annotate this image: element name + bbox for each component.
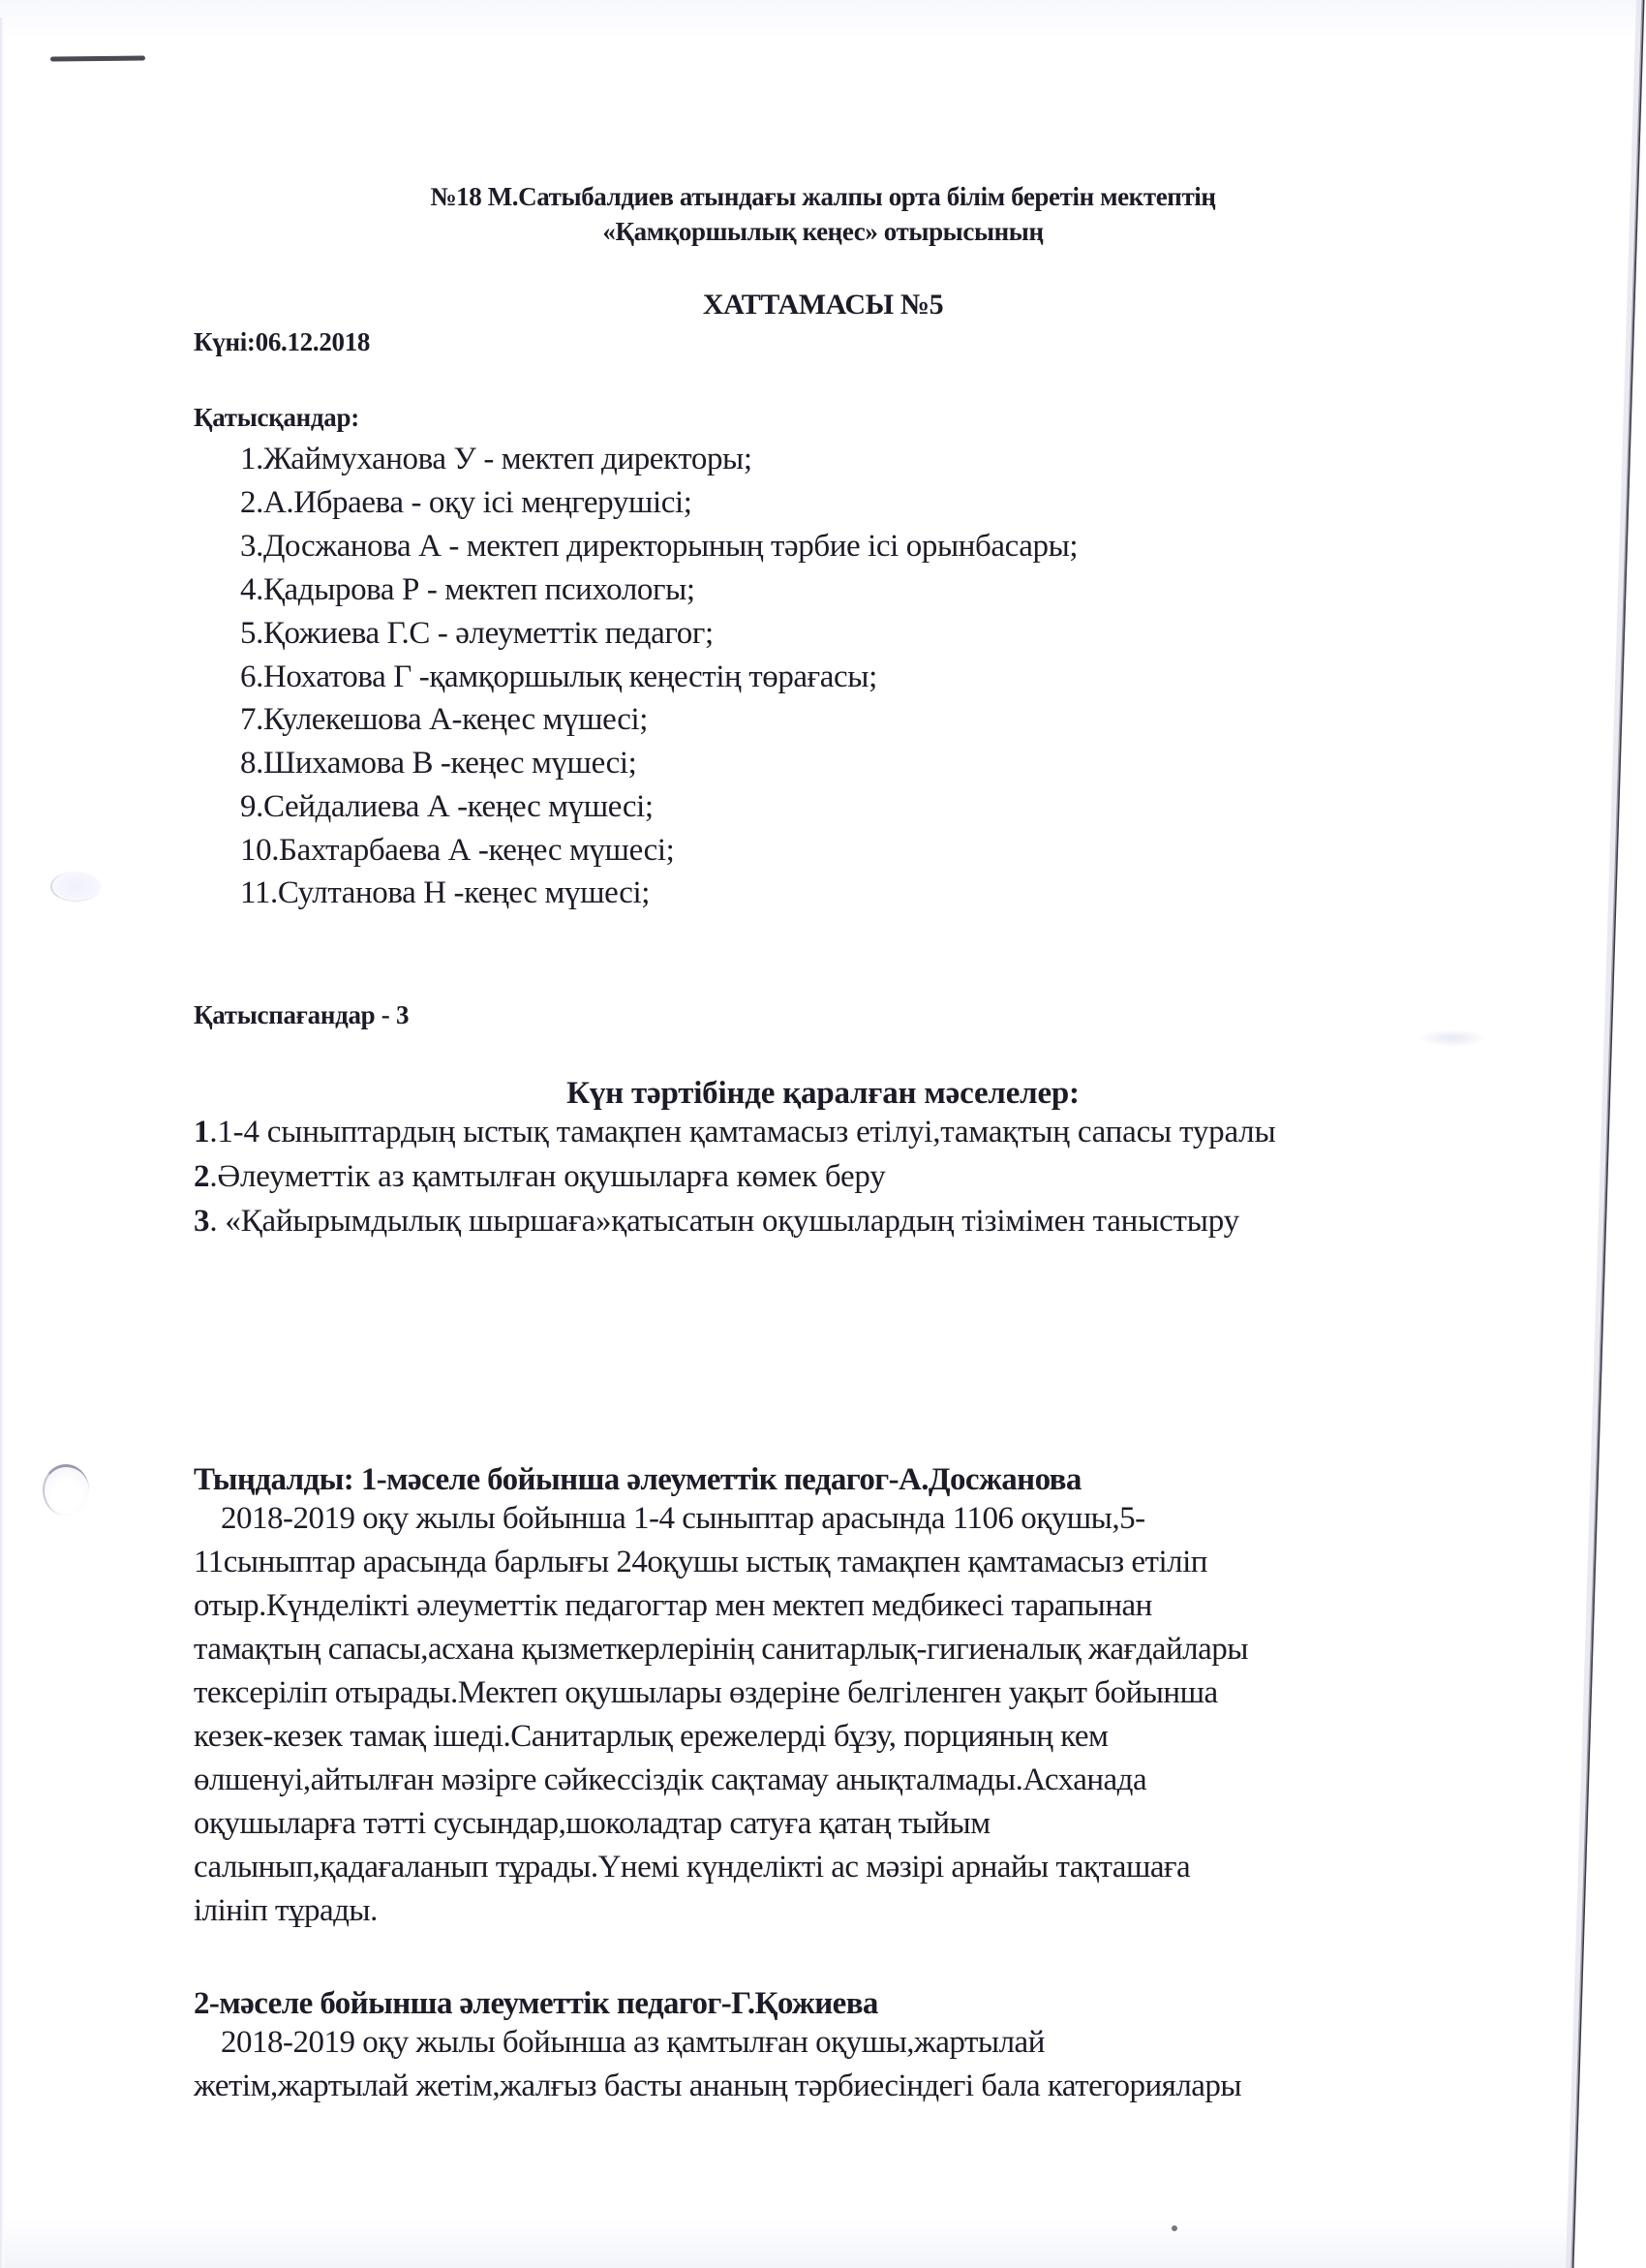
section-1-line: өлшенуі,айтылған мәзірге сәйкессіздік са… [194, 1764, 1146, 1796]
header-line-2: «Қамқоршылық кеңес» отырысының [0, 219, 1646, 245]
attendee-item: 11.Султанова Н -кеңес мүшесі; [240, 877, 650, 909]
absent-count: Қатыспағандар - 3 [194, 1002, 409, 1028]
agenda-title: Күн тәртібінде қаралған мәселелер: [0, 1078, 1646, 1110]
section-1-line: отыр.Күнделікті әлеуметтік педагогтар ме… [194, 1590, 1152, 1622]
attendee-item: 9.Сейдалиева А -кеңес мүшесі; [240, 791, 654, 823]
section-1-line: салынып,қадағаланып тұрады.Үнемі күнделі… [194, 1852, 1190, 1884]
agenda-item: 1.1-4 сыныптардың ыстық тамақпен қамтама… [194, 1117, 1275, 1149]
agenda-item-text: .1-4 сыныптардың ыстық тамақпен қамтамас… [209, 1115, 1275, 1149]
scan-dot [1172, 2225, 1177, 2231]
punch-hole-mark [50, 872, 101, 902]
section-1-line: оқушыларға тәтті сусындар,шоколадтар сат… [194, 1808, 991, 1840]
attendee-item: 1.Жаймуханова У - мектеп директоры; [240, 444, 752, 475]
page-left-edge [0, 17, 4, 2268]
attendee-item: 6.Нохатова Г -қамқоршылық кеңестің төрағ… [240, 661, 877, 693]
scanned-page: №18 М.Сатыбалдиев атындағы жалпы орта бі… [0, 0, 1646, 2268]
attendee-item: 4.Қадырова Р - мектеп психологы; [240, 574, 695, 606]
document-title: ХАТТАМАСЫ №5 [0, 291, 1646, 320]
attendee-item: 2.А.Ибраева - оқу ісі меңгерушісі; [240, 487, 692, 519]
section-1-line: кезек-кезек тамақ ішеді.Санитарлық ереже… [194, 1721, 1108, 1753]
scan-smudge [1418, 1029, 1486, 1047]
attendee-item: 5.Қожиева Г.С - әлеуметтік педагог; [240, 618, 714, 650]
section-2-heading: 2-мәселе бойынша әлеуметтік педагог-Г.Қо… [194, 1988, 878, 2020]
attendee-item: 10.Бахтарбаева А -кеңес мүшесі; [240, 835, 674, 867]
punch-hole-mark [43, 1464, 89, 1516]
section-2-line: 2018-2019 оқу жылы бойынша аз қамтылған … [221, 2027, 1045, 2059]
section-1-line: 11сыныптар арасында барлығы 24оқушы ысты… [194, 1547, 1207, 1578]
agenda-item-number: 3 [194, 1204, 209, 1239]
section-1-line: 2018-2019 оқу жылы бойынша 1-4 сыныптар … [221, 1503, 1145, 1535]
agenda-item-text: . «Қайырымдылық шыршаға»қатысатын оқушыл… [209, 1204, 1239, 1239]
section-1-heading: Тыңдалды: 1-мәселе бойынша әлеуметтік пе… [194, 1464, 1082, 1496]
pen-mark [50, 55, 145, 61]
agenda-item-number: 2 [194, 1159, 209, 1194]
attendee-item: 8.Шихамова В -кеңес мүшесі; [240, 748, 636, 780]
header-line-1: №18 М.Сатыбалдиев атындағы жалпы орта бі… [0, 184, 1646, 210]
section-1-line: тексеріліп отырады.Мектеп оқушылары өзде… [194, 1677, 1218, 1709]
agenda-item-number: 1 [194, 1115, 209, 1149]
agenda-item-text: .Әлеуметтік аз қамтылған оқушыларға көме… [209, 1159, 885, 1194]
attendee-item: 3.Досжанова А - мектеп директорының тәрб… [240, 531, 1078, 563]
section-1-line: тамақтың сапасы,асхана қызметкерлерінің … [194, 1634, 1248, 1666]
agenda-item: 3. «Қайырымдылық шыршаға»қатысатын оқушы… [194, 1206, 1239, 1238]
agenda-item: 2.Әлеуметтік аз қамтылған оқушыларға көм… [194, 1161, 886, 1193]
section-1-line: ілініп тұрады. [194, 1895, 378, 1927]
attendee-item: 7.Кулекешова А-кеңес мүшесі; [240, 704, 648, 736]
meeting-date: Күні:06.12.2018 [194, 329, 370, 355]
section-2-line: жетім,жартылай жетім,жалғыз басты ананың… [194, 2070, 1241, 2102]
attendees-label: Қатысқандар: [194, 405, 359, 431]
